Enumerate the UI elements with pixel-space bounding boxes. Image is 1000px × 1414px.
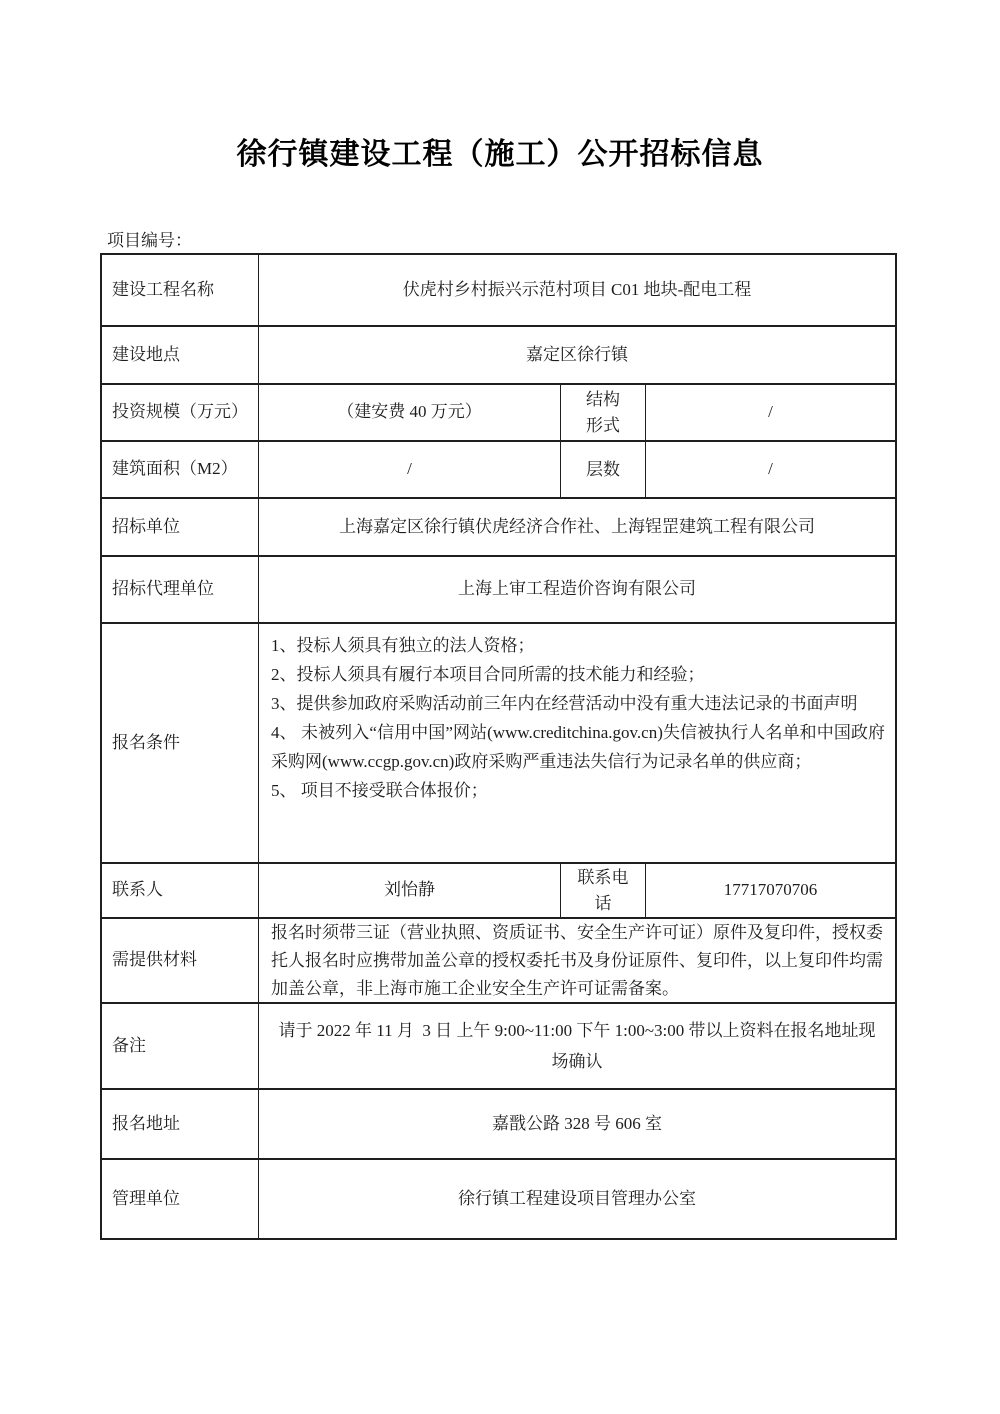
- row-label: 联系人: [102, 864, 259, 917]
- row-label: 建设工程名称: [102, 255, 259, 325]
- row-value: 上海嘉定区徐行镇伏虎经济合作社、上海锃罡建筑工程有限公司: [259, 499, 895, 555]
- row-remarks: 备注 请于 2022 年 11 月 3 日 上午 9:00~11:00 下午 1…: [102, 1004, 895, 1090]
- row-tendering-unit: 招标单位 上海嘉定区徐行镇伏虎经济合作社、上海锃罡建筑工程有限公司: [102, 499, 895, 557]
- row-label: 报名地址: [102, 1090, 259, 1158]
- condition-item: 5、 项目不接受联合体报价；: [271, 776, 885, 805]
- row-required-materials: 需提供材料 报名时须带三证（营业执照、资质证书、安全生产许可证）原件及复印件，授…: [102, 919, 895, 1004]
- row-label: 管理单位: [102, 1160, 259, 1238]
- row-value: 伏虎村乡村振兴示范村项目 C01 地块-配电工程: [259, 255, 895, 325]
- row-sublabel-text: 联系电 话: [578, 865, 629, 916]
- row-value: 嘉定区徐行镇: [259, 327, 895, 383]
- row-subvalue: /: [646, 385, 895, 440]
- condition-item: 2、投标人须具有履行本项目合同所需的技术能力和经验；: [271, 660, 885, 689]
- row-sublabel: 联系电 话: [561, 864, 646, 917]
- document-title: 徐行镇建设工程（施工）公开招标信息: [0, 129, 1000, 173]
- row-label: 招标单位: [102, 499, 259, 555]
- row-value: 嘉戬公路 328 号 606 室: [259, 1090, 895, 1158]
- row-registration-address: 报名地址 嘉戬公路 328 号 606 室: [102, 1090, 895, 1160]
- row-agency-unit: 招标代理单位 上海上审工程造价咨询有限公司: [102, 557, 895, 624]
- row-label: 招标代理单位: [102, 557, 259, 622]
- document-page: 徐行镇建设工程（施工）公开招标信息 项目编号： 建设工程名称 伏虎村乡村振兴示范…: [0, 0, 1000, 1414]
- row-value: 刘怡静: [259, 864, 561, 917]
- row-label: 需提供材料: [102, 919, 259, 1002]
- row-label: 建设地点: [102, 327, 259, 383]
- row-value: （建安费 40 万元）: [259, 385, 561, 440]
- condition-item: 1、投标人须具有独立的法人资格；: [271, 631, 885, 660]
- row-floor-area: 建筑面积（M2） / 层数 /: [102, 442, 895, 499]
- project-number-label: 项目编号：: [107, 226, 192, 251]
- bidding-info-table: 建设工程名称 伏虎村乡村振兴示范村项目 C01 地块-配电工程 建设地点 嘉定区…: [100, 253, 897, 1240]
- row-subvalue: /: [646, 442, 895, 497]
- row-label: 报名条件: [102, 624, 259, 862]
- row-project-name: 建设工程名称 伏虎村乡村振兴示范村项目 C01 地块-配电工程: [102, 255, 895, 327]
- condition-item: 3、提供参加政府采购活动前三年内在经营活动中没有重大违法记录的书面声明: [271, 689, 885, 718]
- condition-item: 4、 未被列入“信用中国”网站(www.creditchina.gov.cn)失…: [271, 718, 885, 776]
- row-sublabel-text: 层数: [586, 457, 620, 483]
- row-value: /: [259, 442, 561, 497]
- row-sublabel: 层数: [561, 442, 646, 497]
- row-registration-conditions: 报名条件 1、投标人须具有独立的法人资格； 2、投标人须具有履行本项目合同所需的…: [102, 624, 895, 864]
- row-contact: 联系人 刘怡静 联系电 话 17717070706: [102, 864, 895, 919]
- row-subvalue: 17717070706: [646, 864, 895, 917]
- row-value: 上海上审工程造价咨询有限公司: [259, 557, 895, 622]
- row-label: 备注: [102, 1004, 259, 1088]
- row-label: 投资规模（万元）: [102, 385, 259, 440]
- row-value: 请于 2022 年 11 月 3 日 上午 9:00~11:00 下午 1:00…: [259, 1004, 895, 1088]
- row-investment-scale: 投资规模（万元） （建安费 40 万元） 结构 形式 /: [102, 385, 895, 442]
- row-value: 徐行镇工程建设项目管理办公室: [259, 1160, 895, 1238]
- row-sublabel: 结构 形式: [561, 385, 646, 440]
- row-label: 建筑面积（M2）: [102, 442, 259, 497]
- row-value: 1、投标人须具有独立的法人资格； 2、投标人须具有履行本项目合同所需的技术能力和…: [259, 624, 895, 862]
- row-sublabel-text: 结构 形式: [586, 387, 620, 438]
- row-management-unit: 管理单位 徐行镇工程建设项目管理办公室: [102, 1160, 895, 1238]
- row-value: 报名时须带三证（营业执照、资质证书、安全生产许可证）原件及复印件，授权委托人报名…: [259, 919, 895, 1002]
- row-location: 建设地点 嘉定区徐行镇: [102, 327, 895, 385]
